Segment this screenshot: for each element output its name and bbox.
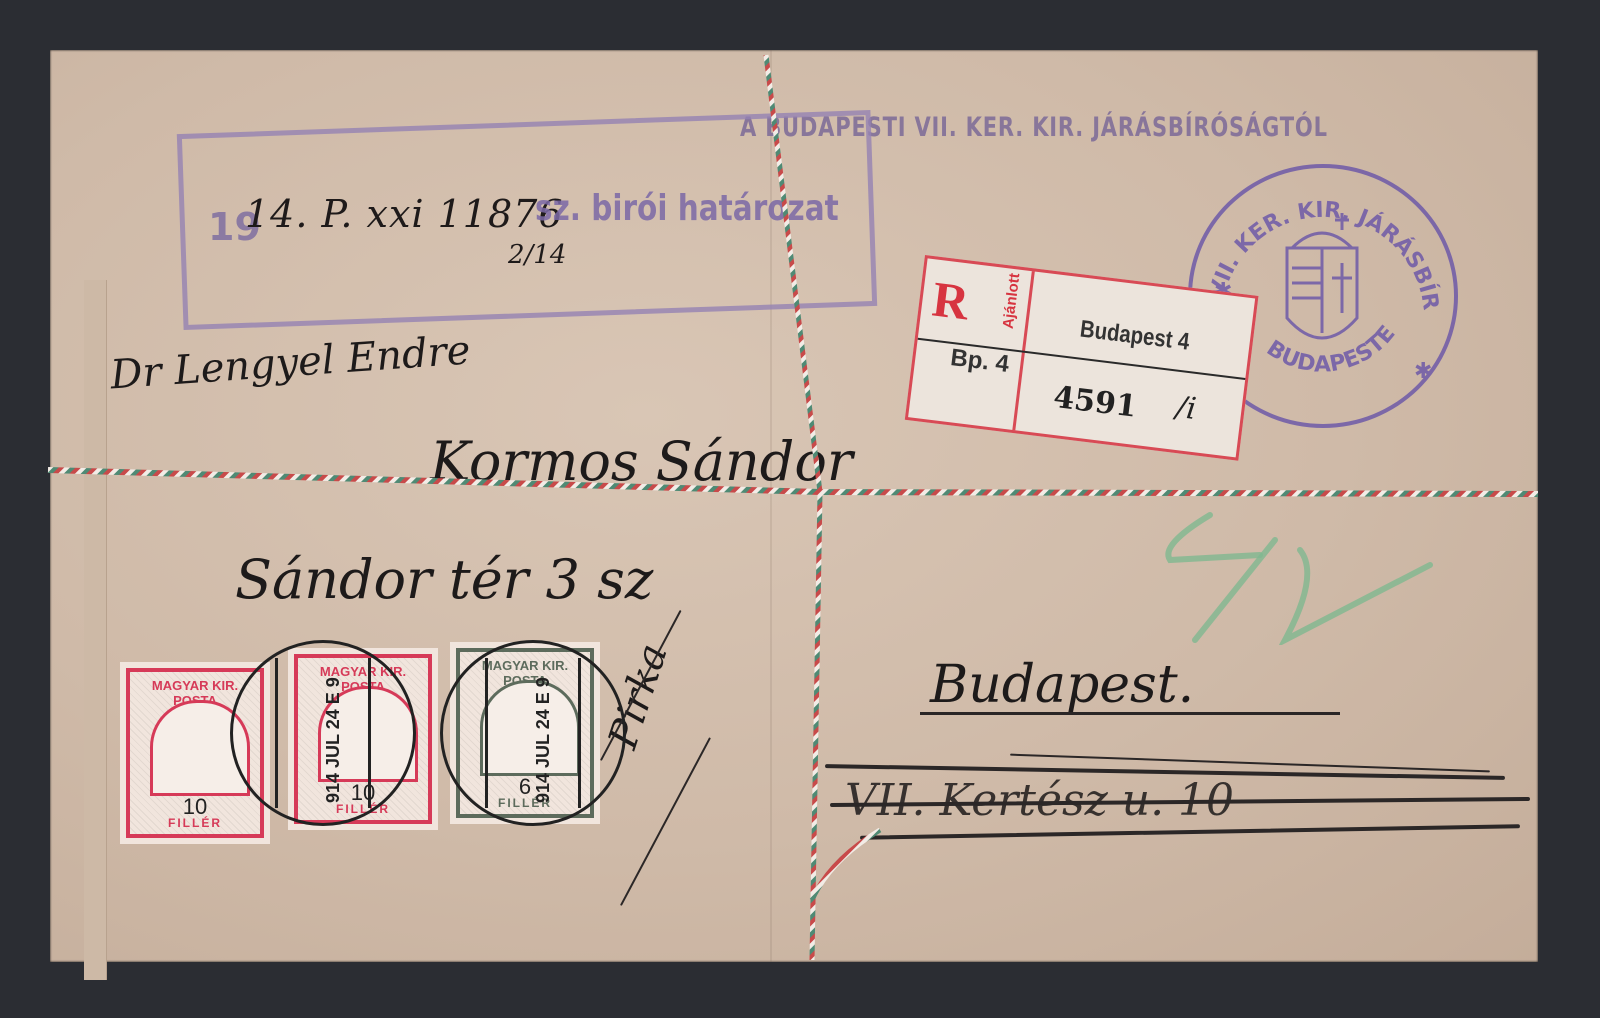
tricolor-string-icon [0, 0, 1600, 1018]
